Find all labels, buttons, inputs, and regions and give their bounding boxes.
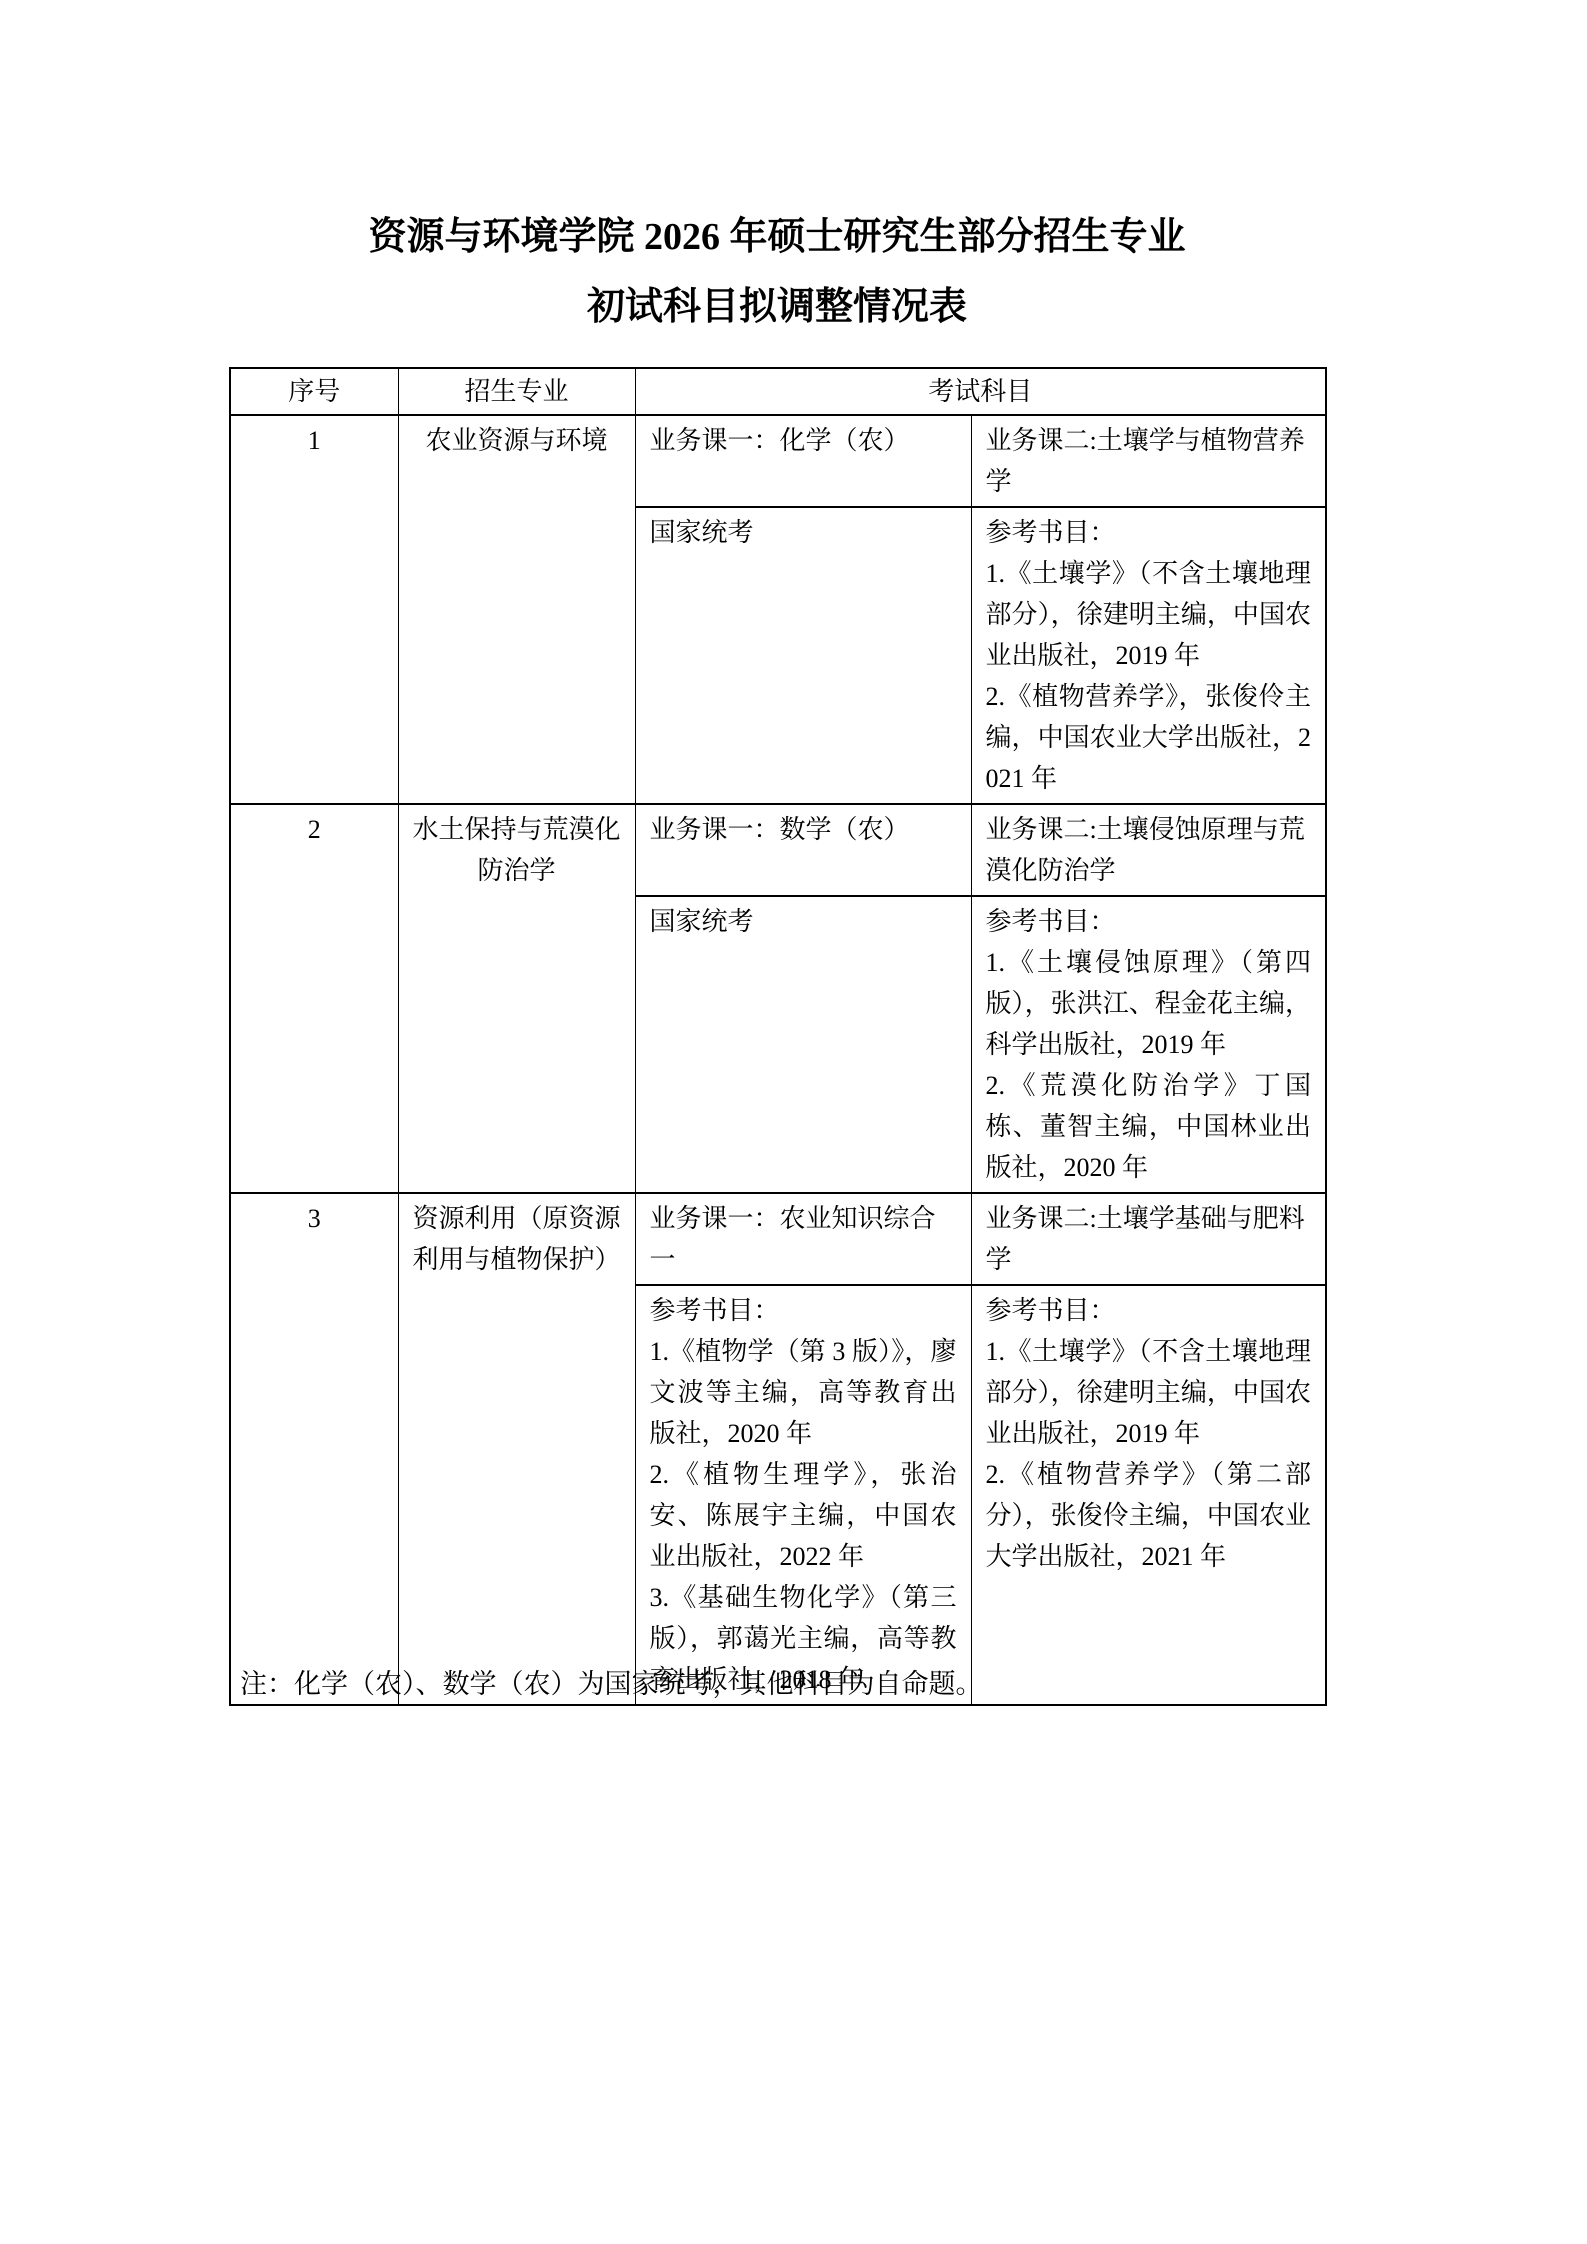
row1-major-cell: 农业资源与环境	[398, 415, 635, 804]
table-header-row: 序号 招生专业 考试科目	[230, 368, 1326, 415]
row3-course2-cell: 业务课二:土壤学基础与肥料学	[971, 1193, 1326, 1285]
row1-exam-type-cell: 国家统考	[635, 507, 971, 804]
row3-references1-cell: 参考书目： 1.《植物学（第 3 版）》，廖文波等主编，高等教育出版社，2020…	[635, 1285, 971, 1705]
row1-course2-cell: 业务课二:土壤学与植物营养学	[971, 415, 1326, 507]
row1-course1-cell: 业务课一：化学（农）	[635, 415, 971, 507]
row1-references-cell: 参考书目： 1.《土壤学》（不含土壤地理部分），徐建明主编，中国农业出版社，20…	[971, 507, 1326, 804]
table-row-3-courses: 3 资源利用（原资源利用与植物保护） 业务课一：农业知识综合一 业务课二:土壤学…	[230, 1193, 1326, 1285]
row3-index-cell: 3	[230, 1193, 398, 1705]
header-subjects: 考试科目	[635, 368, 1326, 415]
admission-subjects-table: 序号 招生专业 考试科目 1 农业资源与环境 业务课一：化学（农） 业务课二:土…	[229, 367, 1327, 1706]
row2-course2-cell: 业务课二:土壤侵蚀原理与荒漠化防治学	[971, 804, 1326, 896]
footnote: 注：化学（农）、数学（农）为国家统考，其他科目为自命题。	[240, 1664, 983, 1704]
header-index: 序号	[230, 368, 398, 415]
table-row-1-courses: 1 农业资源与环境 业务课一：化学（农） 业务课二:土壤学与植物营养学	[230, 415, 1326, 507]
row2-major-cell: 水土保持与荒漠化防治学	[398, 804, 635, 1193]
row2-exam-type-cell: 国家统考	[635, 896, 971, 1193]
document-title-line2: 初试科目拟调整情况表	[229, 282, 1325, 332]
row1-index-cell: 1	[230, 415, 398, 804]
header-major: 招生专业	[398, 368, 635, 415]
row3-references2-cell: 参考书目： 1.《土壤学》（不含土壤地理部分），徐建明主编，中国农业出版社，20…	[971, 1285, 1326, 1705]
row2-references-cell: 参考书目： 1.《土壤侵蚀原理》（第四版），张洪江、程金花主编，科学出版社，20…	[971, 896, 1326, 1193]
table-row-2-courses: 2 水土保持与荒漠化防治学 业务课一：数学（农） 业务课二:土壤侵蚀原理与荒漠化…	[230, 804, 1326, 896]
row2-index-cell: 2	[230, 804, 398, 1193]
document-title-line1: 资源与环境学院 2026 年硕士研究生部分招生专业	[229, 212, 1325, 262]
row2-course1-cell: 业务课一：数学（农）	[635, 804, 971, 896]
row3-course1-cell: 业务课一：农业知识综合一	[635, 1193, 971, 1285]
document-page: 资源与环境学院 2026 年硕士研究生部分招生专业 初试科目拟调整情况表 序号 …	[0, 0, 1587, 2244]
row3-major-cell: 资源利用（原资源利用与植物保护）	[398, 1193, 635, 1705]
